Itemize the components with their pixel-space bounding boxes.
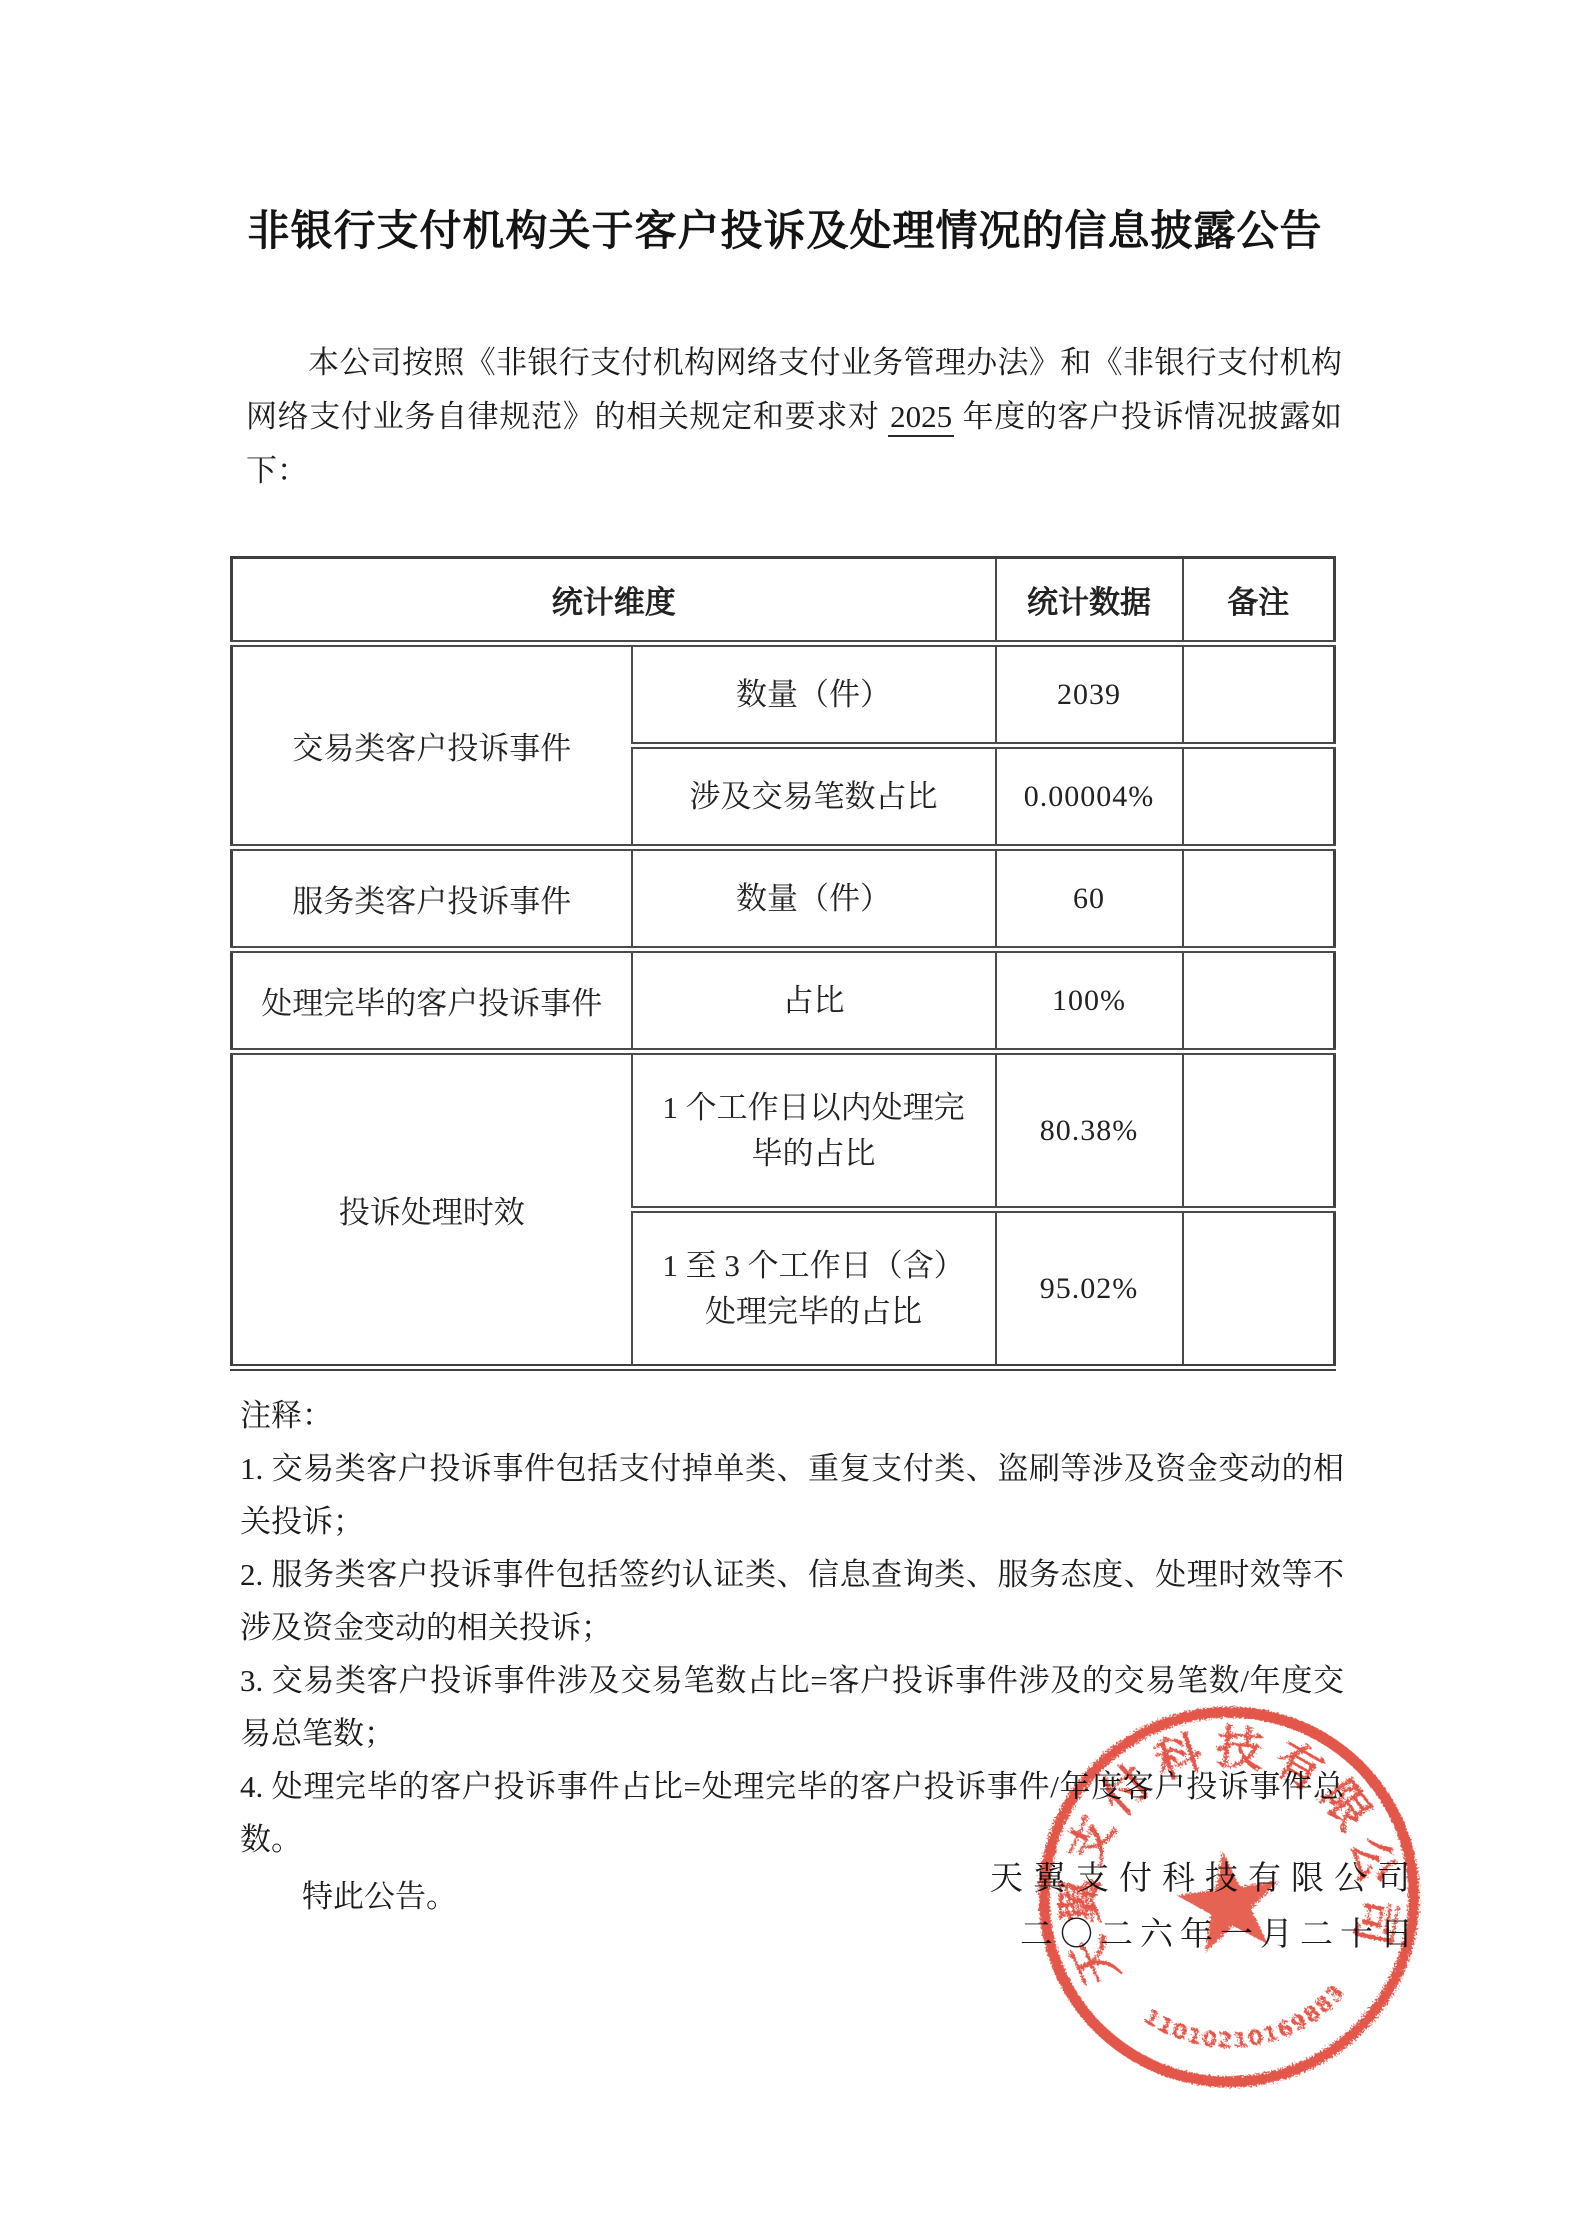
dimension-cell: 1 个工作日以内处理完毕的占比: [632, 1052, 996, 1210]
value-cell: 100%: [996, 950, 1183, 1052]
signature-company: 天翼支付科技有限公司: [990, 1852, 1420, 1899]
notes-section: 注释： 1. 交易类客户投诉事件包括支付掉单类、重复支付类、盗刷等涉及资金变动的…: [240, 1389, 1344, 1866]
row-group-service-complaints: 服务类客户投诉事件: [232, 848, 632, 950]
note-item-2: 2. 服务类客户投诉事件包括签约认证类、信息查询类、服务态度、处理时效等不涉及资…: [240, 1548, 1344, 1654]
dimension-cell: 涉及交易笔数占比: [632, 746, 996, 848]
table-row: 服务类客户投诉事件 数量（件） 60: [232, 848, 1335, 950]
col-header-dimension: 统计维度: [232, 558, 996, 644]
notes-label: 注释：: [240, 1389, 1344, 1442]
col-header-data: 统计数据: [996, 558, 1183, 644]
note-cell-empty: [1183, 746, 1335, 848]
note-cell-empty: [1183, 950, 1335, 1052]
document-page: 非银行支付机构关于客户投诉及处理情况的信息披露公告 本公司按照《非银行支付机构网…: [0, 0, 1570, 2220]
table-header-row: 统计维度 统计数据 备注: [232, 558, 1335, 644]
value-cell: 2039: [996, 644, 1183, 746]
complaint-stats-table: 统计维度 统计数据 备注 交易类客户投诉事件 数量（件） 2039 涉及交易笔数…: [230, 556, 1336, 1371]
row-group-transaction-complaints: 交易类客户投诉事件: [232, 644, 632, 848]
dimension-cell: 数量（件）: [632, 644, 996, 746]
table-row: 交易类客户投诉事件 数量（件） 2039: [232, 644, 1335, 746]
note-item-1: 1. 交易类客户投诉事件包括支付掉单类、重复支付类、盗刷等涉及资金变动的相关投诉…: [240, 1442, 1344, 1548]
note-item-3: 3. 交易类客户投诉事件涉及交易笔数占比=客户投诉事件涉及的交易笔数/年度交易总…: [240, 1654, 1344, 1760]
value-cell: 80.38%: [996, 1052, 1183, 1210]
dimension-cell: 占比: [632, 950, 996, 1052]
note-cell-empty: [1183, 644, 1335, 746]
note-cell-empty: [1183, 1210, 1335, 1368]
dimension-cell: 1 至 3 个工作日（含）处理完毕的占比: [632, 1210, 996, 1368]
value-cell: 60: [996, 848, 1183, 950]
intro-year-underlined: 2025: [888, 399, 954, 437]
note-cell-empty: [1183, 848, 1335, 950]
value-cell: 95.02%: [996, 1210, 1183, 1368]
row-group-handling-timeliness: 投诉处理时效: [232, 1052, 632, 1368]
dimension-cell: 数量（件）: [632, 848, 996, 950]
col-header-note: 备注: [1183, 558, 1335, 644]
note-item-4: 4. 处理完毕的客户投诉事件占比=处理完毕的客户投诉事件/年度客户投诉事件总数。: [240, 1760, 1344, 1866]
table-row: 投诉处理时效 1 个工作日以内处理完毕的占比 80.38%: [232, 1052, 1335, 1210]
signature-date: 二〇二六年一月二十日: [1020, 1908, 1420, 1955]
intro-paragraph: 本公司按照《非银行支付机构网络支付业务管理办法》和《非银行支付机构网络支付业务自…: [246, 336, 1342, 498]
page-title: 非银行支付机构关于客户投诉及处理情况的信息披露公告: [0, 0, 1570, 258]
row-group-resolved-complaints: 处理完毕的客户投诉事件: [232, 950, 632, 1052]
note-cell-empty: [1183, 1052, 1335, 1210]
table-row: 处理完毕的客户投诉事件 占比 100%: [232, 950, 1335, 1052]
value-cell: 0.00004%: [996, 746, 1183, 848]
